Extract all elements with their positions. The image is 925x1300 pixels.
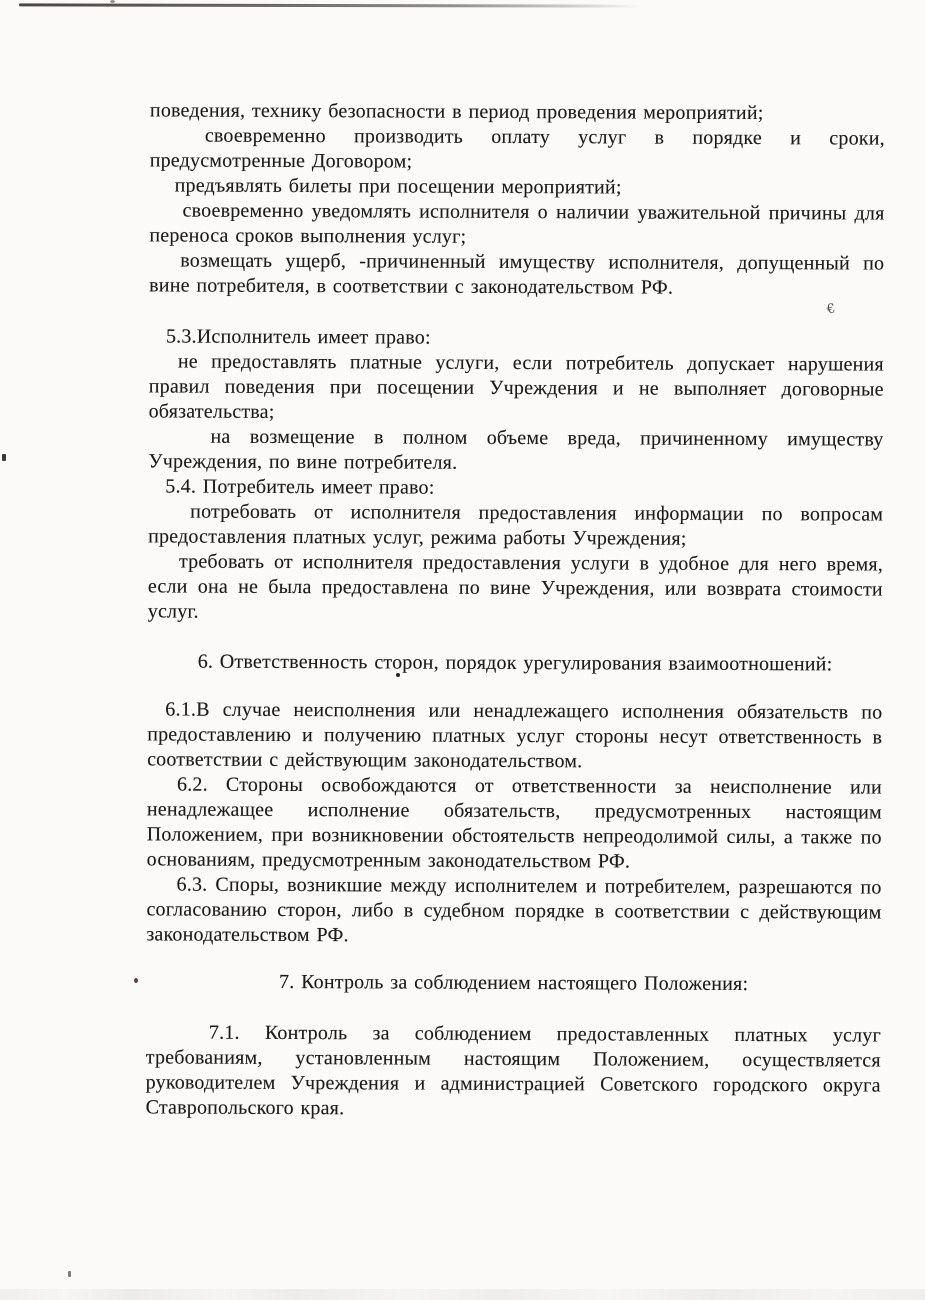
paragraph-7-1: 7.1. Контроль за соблюдением предоставле… [146,1020,881,1123]
section-7-heading: 7. Контроль за соблюдением настоящего По… [146,969,881,997]
scan-stray-dot [134,978,138,983]
scanned-page: поведения, технику безопасности в период… [0,0,925,1300]
paragraph-request-information: потребовать от исполнителя предоставлени… [148,499,883,552]
scan-edge-line [19,3,641,7]
paragraph-6-1: 6.1.В случае неисполнения или ненадлежащ… [147,697,882,775]
scan-speck [110,0,115,3]
paragraph-compensate-damage: возмещать ущерб, -причиненный имуществу … [149,248,884,301]
document-body: поведения, технику безопасности в период… [146,98,885,1123]
scan-speck [2,454,6,461]
paragraph-full-compensation: на возмещение в полном объеме вреда, при… [148,424,883,477]
scan-speck [68,1271,71,1277]
scan-bottom-shadow [0,1289,925,1300]
paragraph-notify-provider: своевременно уведомлять исполнителя о на… [149,198,884,251]
paragraph-6-2: 6.2. Стороны освобождаются от ответствен… [147,772,882,875]
section-6-heading: 6. Ответственность сторон, порядок урегу… [147,649,882,677]
paragraph-demand-service: требовать от исполнителя предоставления … [148,549,883,627]
paragraph-6-3: 6.3. Споры, возникшие между исполнителем… [146,872,881,950]
paragraph-refuse-services: не предоставлять платные услуги, если по… [149,349,884,427]
paragraph-present-tickets: предъявлять билеты при посещении меропри… [150,173,885,201]
section-5-3-heading: 5.3.Исполнитель имеет право: [149,324,884,352]
paragraph-rules-of-conduct: поведения, технику безопасности в период… [150,98,885,126]
section-5-4-heading: 5.4. Потребитель имеет право: [148,474,883,502]
scan-stray-dot [396,673,400,677]
paragraph-timely-payment: своевременно производить оплату услуг в … [150,123,885,176]
